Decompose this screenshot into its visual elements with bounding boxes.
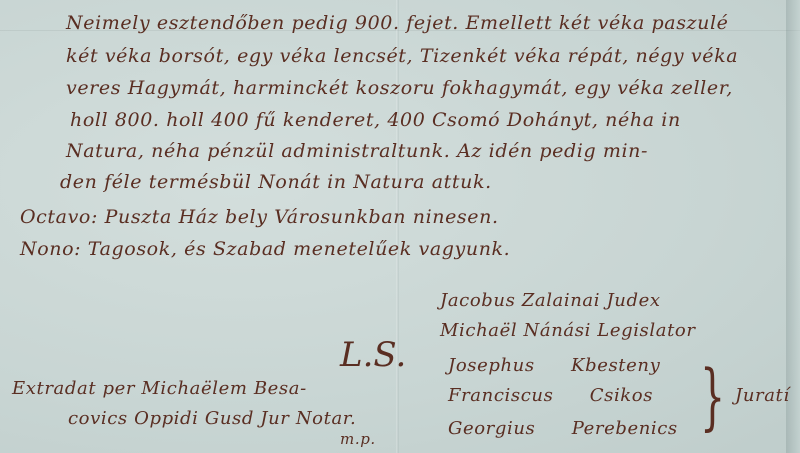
- signatory-2: Michaël Nánási Legislator: [440, 320, 696, 341]
- last-name: Csikos: [590, 385, 653, 406]
- signatory-1: Jacobus Zalainai Judex: [440, 290, 661, 311]
- section-label: Octavo:: [20, 206, 98, 228]
- first-name: Georgius: [448, 418, 535, 439]
- section-text: Tagosok, és Szabad menetelűek vagyunk.: [88, 238, 511, 260]
- body-line-1: Neimely esztendőben pedig 900. fejet. Em…: [66, 12, 729, 34]
- body-line-2: két véka borsót, egy véka lencsét, Tizen…: [66, 45, 738, 67]
- group-role: Juratí: [735, 385, 790, 406]
- section-nono: Nono: Tagosok, és Szabad menetelűek vagy…: [20, 238, 510, 260]
- last-name: Kbesteny: [571, 355, 660, 376]
- extradat-line-2: covics Oppidi Gusd Jur Notar.: [68, 408, 356, 429]
- first-name: Michaël: [440, 320, 517, 341]
- first-name: Franciscus: [448, 385, 553, 406]
- signatory-5: Georgius Perebenics: [448, 418, 678, 439]
- body-line-5: Natura, néha pénzül administraltunk. Az …: [66, 140, 648, 162]
- section-label: Nono:: [20, 238, 81, 260]
- locus-sigilli: L.S.: [340, 335, 406, 375]
- signatory-3: Josephus Kbesteny: [448, 355, 660, 376]
- signatory-4: Franciscus Csikos: [448, 385, 653, 406]
- last-name: Nánási: [524, 320, 591, 341]
- body-line-6: den féle termésbül Nonát in Natura attuk…: [60, 171, 492, 193]
- role: Legislator: [597, 320, 695, 341]
- role: Judex: [606, 290, 660, 311]
- body-line-3: veres Hagymát, harminckét koszoru fokhag…: [66, 77, 733, 99]
- body-line-4: holl 800. holl 400 fű kenderet, 400 Csom…: [70, 109, 681, 131]
- last-name: Zalainai: [522, 290, 600, 311]
- manu-propria: m.p.: [340, 430, 376, 448]
- last-name: Perebenics: [572, 418, 678, 439]
- brace-bracket: }: [700, 360, 725, 432]
- extradat-line-1: Extradat per Michaëlem Besa-: [12, 378, 307, 399]
- first-name: Josephus: [448, 355, 535, 376]
- section-octavo: Octavo: Puszta Ház bely Városunkban nine…: [20, 206, 499, 228]
- first-name: Jacobus: [440, 290, 515, 311]
- section-text: Puszta Ház bely Városunkban ninesen.: [105, 206, 499, 228]
